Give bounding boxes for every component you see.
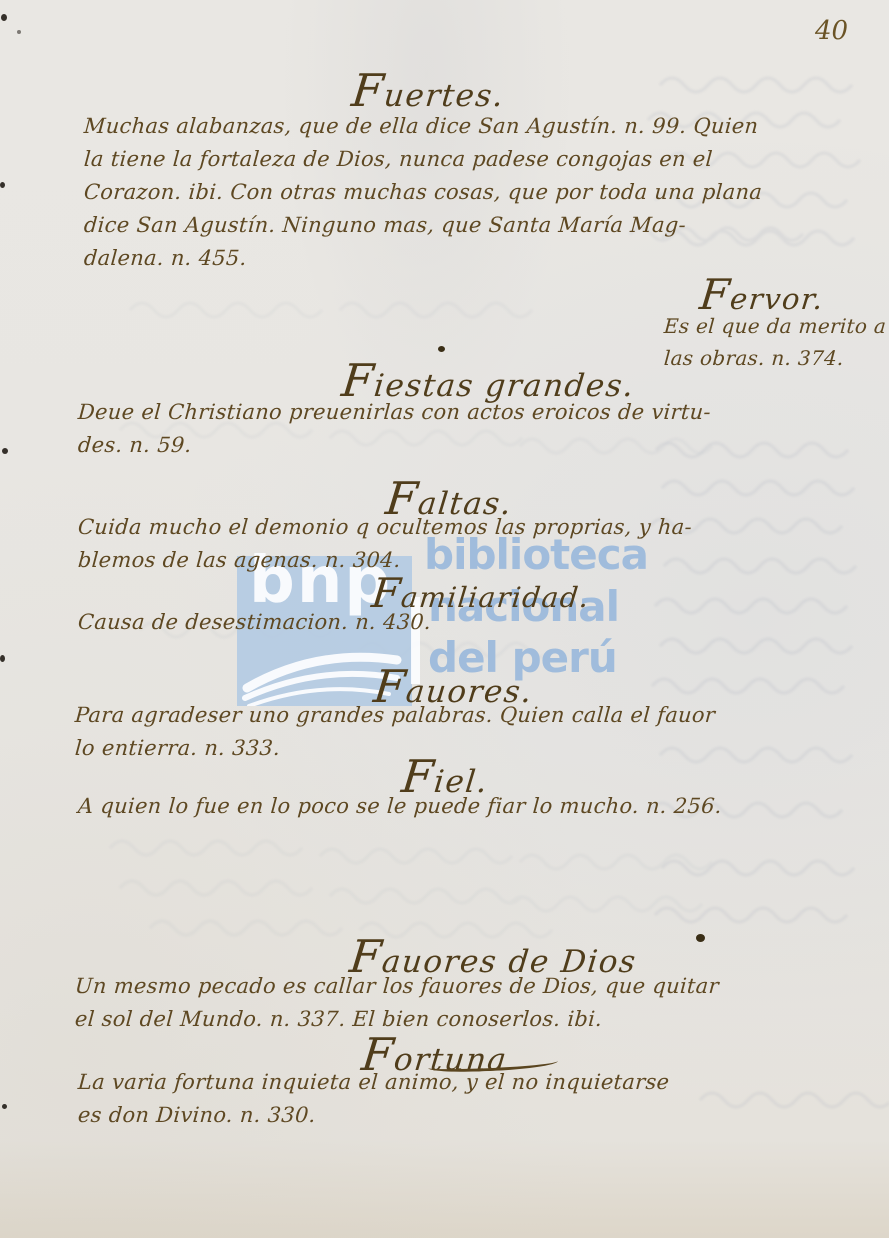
ink-blot	[438, 346, 445, 352]
manuscript-line: dalena. n. 455.	[83, 242, 763, 275]
manuscript-line: Para agradeser uno grandes palabras. Qui…	[74, 699, 717, 732]
manuscript-line: Corazon. ibi. Con otras muchas cosas, qu…	[83, 176, 763, 209]
manuscript-line: las obras. n. 374.	[663, 342, 887, 374]
section-body-fauores: Para agradeser uno grandes palabras. Qui…	[75, 699, 715, 765]
manuscript-line: es don Divino. n. 330.	[77, 1099, 671, 1132]
folio-number: 40	[815, 16, 848, 46]
paper-speck	[1, 14, 7, 21]
manuscript-line: la tiene la fortaleza de Dios, nunca pad…	[83, 143, 763, 176]
manuscript-line: Deue el Christiano preuenirlas con actos…	[77, 396, 712, 429]
manuscript-page: bnp biblioteca nacional del perú 40 Fuer…	[0, 0, 889, 1238]
section-body-fiestas-grandes: Deue el Christiano preuenirlas con actos…	[78, 396, 711, 462]
section-body-fuertes: Muchas alabanzas, que de ella dice San A…	[84, 110, 762, 275]
section-body-fiel: A quien lo fue en lo poco se le puede fi…	[78, 790, 722, 823]
section-body-faltas: Cuida mucho el demonio q ocultemos las p…	[78, 511, 692, 577]
section-body-familiaridad: Causa de desestimacion. n. 430.	[78, 606, 431, 639]
ink-blot	[696, 934, 705, 942]
manuscript-line: Muchas alabanzas, que de ella dice San A…	[83, 110, 763, 143]
paper-speck	[2, 1104, 7, 1109]
paper-speck	[17, 30, 21, 34]
section-body-fauores-de-dios: Un mesmo pecado es callar los fauores de…	[75, 970, 719, 1036]
margin-note-body: Es el que da merito a las obras. n. 374.	[664, 310, 886, 374]
manuscript-line: Causa de desestimacion. n. 430.	[77, 606, 432, 639]
section-body-fortuna: La varia fortuna inquieta el animo, y el…	[78, 1066, 669, 1132]
manuscript-line: lo entierra. n. 333.	[74, 732, 717, 765]
manuscript-line: Un mesmo pecado es callar los fauores de…	[74, 970, 720, 1003]
manuscript-line: Es el que da merito a	[663, 310, 887, 342]
paper-speck	[0, 655, 5, 662]
manuscript-line: A quien lo fue en lo poco se le puede fi…	[77, 790, 723, 823]
paper-speck	[0, 182, 5, 188]
paper-speck	[2, 448, 8, 454]
manuscript-line: Cuida mucho el demonio q ocultemos las p…	[77, 511, 693, 544]
manuscript-line: dice San Agustín. Ninguno mas, que Santa…	[83, 209, 763, 242]
manuscript-line: La varia fortuna inquieta el animo, y el…	[77, 1066, 671, 1099]
manuscript-line: des. n. 59.	[77, 429, 712, 462]
